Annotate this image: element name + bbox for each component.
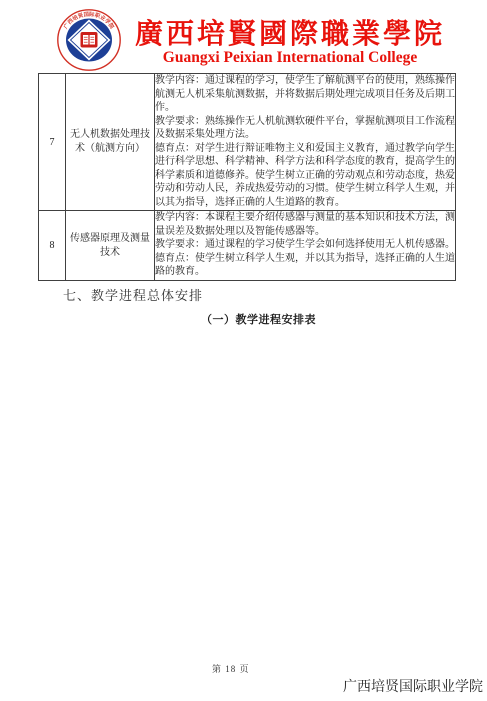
footer-watermark: 广西培贤国际职业学院 bbox=[343, 676, 483, 696]
course-name-cell: 传感器原理及测量技术 bbox=[66, 211, 155, 281]
content-clip: 教学内容：通过课程的学习，使学生了解航测平台的使用，熟练操作航测无人机采集航测数… bbox=[155, 74, 455, 209]
content-paragraph-moral-point: 德育点：使学生树立科学人生观，并以其为指导，选择正确的人生道路的教育。 bbox=[155, 252, 455, 279]
content-paragraph-teaching-content: 教学内容：通过课程的学习，使学生了解航测平台的使用，熟练操作航测无人机采集航测数… bbox=[155, 74, 455, 115]
course-number-cell: 7 bbox=[39, 74, 66, 211]
college-name-en: Guangxi Peixian International College bbox=[127, 50, 453, 66]
course-name-cell: 无人机数据处理技术（航测方向） bbox=[66, 74, 155, 211]
section-subheading: （一）教学进程安排表 bbox=[201, 311, 316, 327]
table-row: 7 无人机数据处理技术（航测方向） 教学内容：通过课程的学习，使学生了解航测平台… bbox=[39, 74, 456, 211]
content-paragraph-moral-point: 德育点：对学生进行辩证唯物主义和爱国主义教育，通过教学向学生进行科学思想、科学精… bbox=[155, 142, 455, 209]
course-content-cell: 教学内容：本课程主要介绍传感器与测量的基本知识和技术方法，测量误差及数据处理以及… bbox=[155, 211, 456, 281]
college-logo-icon: 广西培贤国际职业学院 GUANGXI PEIXIAN INTERNATIONAL… bbox=[57, 9, 121, 71]
table-row: 8 传感器原理及测量技术 教学内容：本课程主要介绍传感器与测量的基本知识和技术方… bbox=[39, 211, 456, 281]
content-clip: 教学内容：本课程主要介绍传感器与测量的基本知识和技术方法，测量误差及数据处理以及… bbox=[155, 211, 455, 279]
page-number: 第 18 页 bbox=[212, 662, 250, 675]
course-number-cell: 8 bbox=[39, 211, 66, 281]
content-paragraph-teaching-content: 教学内容：本课程主要介绍传感器与测量的基本知识和技术方法，测量误差及数据处理以及… bbox=[155, 211, 455, 238]
college-titles: 廣西培賢國際職業學院 Guangxi Peixian International… bbox=[127, 20, 453, 66]
course-table: 7 无人机数据处理技术（航测方向） 教学内容：通过课程的学习，使学生了解航测平台… bbox=[38, 73, 456, 281]
content-paragraph-teaching-requirement: 教学要求：通过课程的学习使学生学会如何选择使用无人机传感器。 bbox=[155, 238, 455, 252]
content-paragraph-teaching-requirement: 教学要求：熟练操作无人机航测软硬件平台，掌握航测项目工作流程及数据采集处理方法。 bbox=[155, 115, 455, 142]
document-page: 广西培贤国际职业学院 GUANGXI PEIXIAN INTERNATIONAL… bbox=[0, 0, 487, 701]
section-heading: 七、教学进程总体安排 bbox=[63, 285, 203, 304]
college-name-cn: 廣西培賢國際職業學院 bbox=[127, 20, 453, 49]
course-content-cell: 教学内容：通过课程的学习，使学生了解航测平台的使用，熟练操作航测无人机采集航测数… bbox=[155, 74, 456, 211]
